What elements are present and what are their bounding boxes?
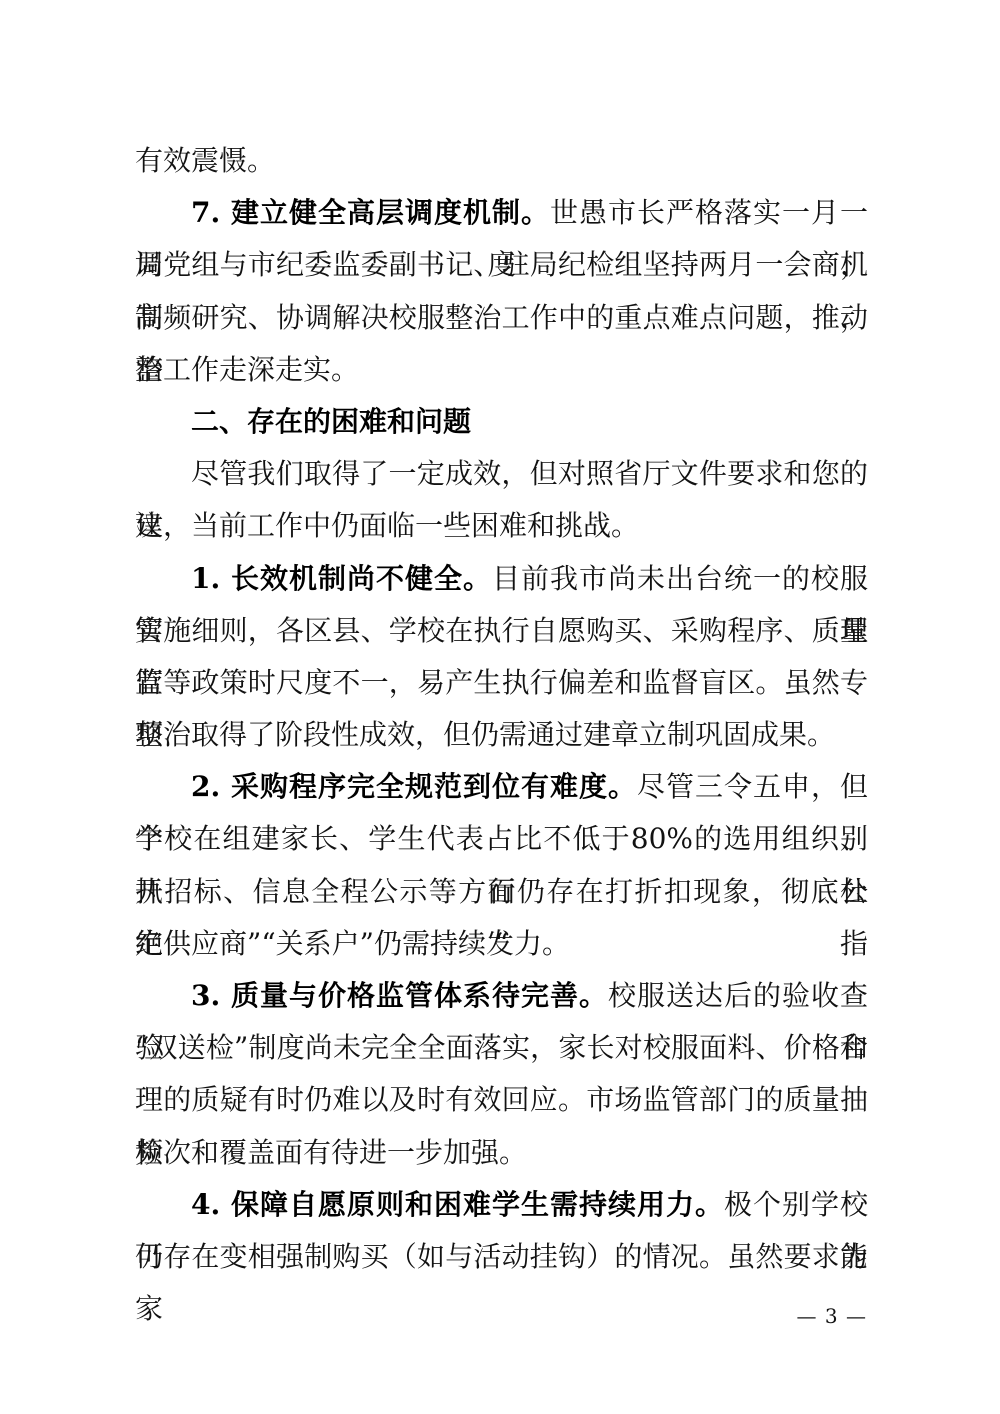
heading-run: 二、存在的困难和问题 bbox=[191, 405, 471, 438]
text-run: 治工作走深走实。 bbox=[135, 353, 359, 386]
text-run: 有效震慑。 bbox=[135, 144, 275, 177]
text-line: 开招标、信息全程公示等方面仍存在打折扣现象，彻底杜绝“指 bbox=[135, 866, 868, 918]
text-run: “双送检”制度尚未完全全面落实，家长对校服面料、价格合 bbox=[135, 1031, 868, 1064]
text-line: 理的质疑有时仍难以及时有效回应。市场监管部门的质量抽检 bbox=[135, 1074, 868, 1126]
text-line: 学校在组建家长、学生代表占比不低于80%的选用组织、执行公 bbox=[135, 813, 868, 865]
text-run: 整治取得了阶段性成效，但仍需通过建章立制巩固成果。 bbox=[135, 718, 835, 751]
item-heading-run: 7. 建立健全高层调度机制。 bbox=[191, 196, 550, 229]
item-heading-run: 2. 采购程序完全规范到位有难度。 bbox=[191, 770, 637, 803]
document-body: 有效震慑。 7. 建立健全高层调度机制。世愚市长严格落实一月一调度， 局党组与市… bbox=[135, 135, 868, 1283]
text-line: 仍存在变相强制购买（如与活动挂钩）的情况。虽然要求为家 bbox=[135, 1231, 868, 1283]
numbered-item-line: 4. 保障自愿原则和困难学生需持续用力。极个别学校可能 bbox=[135, 1179, 868, 1231]
text-line: 整治取得了阶段性成效，但仍需通过建章立制巩固成果。 bbox=[135, 709, 868, 761]
item-heading-run: 1. 长效机制尚不健全。 bbox=[191, 562, 492, 595]
text-run: 定供应商”“关系户”仍需持续发力。 bbox=[135, 927, 570, 960]
page-number-text: — 3 — bbox=[797, 1304, 867, 1328]
text-line: 频次和覆盖面有待进一步加强。 bbox=[135, 1127, 868, 1179]
text-run: 议，当前工作中仍面临一些困难和挑战。 bbox=[135, 509, 639, 542]
numbered-item-line: 2. 采购程序完全规范到位有难度。尽管三令五申，但个别 bbox=[135, 761, 868, 813]
text-line: 管等政策时尺度不一，易产生执行偏差和监督盲区。虽然专项 bbox=[135, 657, 868, 709]
text-line: 尽管我们取得了一定成效，但对照省厅文件要求和您的建 bbox=[135, 448, 868, 500]
item-heading-run: 4. 保障自愿原则和困难学生需持续用力。 bbox=[191, 1188, 724, 1221]
page-number: — 3 — bbox=[797, 1302, 867, 1330]
text-line: 有效震慑。 bbox=[135, 135, 868, 187]
numbered-item-line: 1. 长效机制尚不健全。目前我市尚未出台统一的校服管理 bbox=[135, 553, 868, 605]
text-line: 议，当前工作中仍面临一些困难和挑战。 bbox=[135, 500, 868, 552]
item-heading-run: 3. 质量与价格监管体系待完善。 bbox=[191, 979, 608, 1012]
text-line: 治工作走深走实。 bbox=[135, 344, 868, 396]
text-run: 仍存在变相强制购买（如与活动挂钩）的情况。虽然要求为家 bbox=[135, 1240, 868, 1325]
section-heading: 二、存在的困难和问题 bbox=[135, 396, 868, 448]
document-page: 有效震慑。 7. 建立健全高层调度机制。世愚市长严格落实一月一调度， 局党组与市… bbox=[0, 0, 1000, 1414]
text-line: 高频研究、协调解决校服整治工作中的重点难点问题，推动整 bbox=[135, 292, 868, 344]
text-line: 局党组与市纪委监委副书记、驻局纪检组坚持两月一会商机制， bbox=[135, 239, 868, 291]
text-line: “双送检”制度尚未完全全面落实，家长对校服面料、价格合 bbox=[135, 1022, 868, 1074]
text-line: 实施细则，各区县、学校在执行自愿购买、采购程序、质量监 bbox=[135, 605, 868, 657]
text-run: 频次和覆盖面有待进一步加强。 bbox=[135, 1136, 527, 1169]
numbered-item-line: 3. 质量与价格监管体系待完善。校服送达后的验收查验和 bbox=[135, 970, 868, 1022]
numbered-item-line: 7. 建立健全高层调度机制。世愚市长严格落实一月一调度， bbox=[135, 187, 868, 239]
